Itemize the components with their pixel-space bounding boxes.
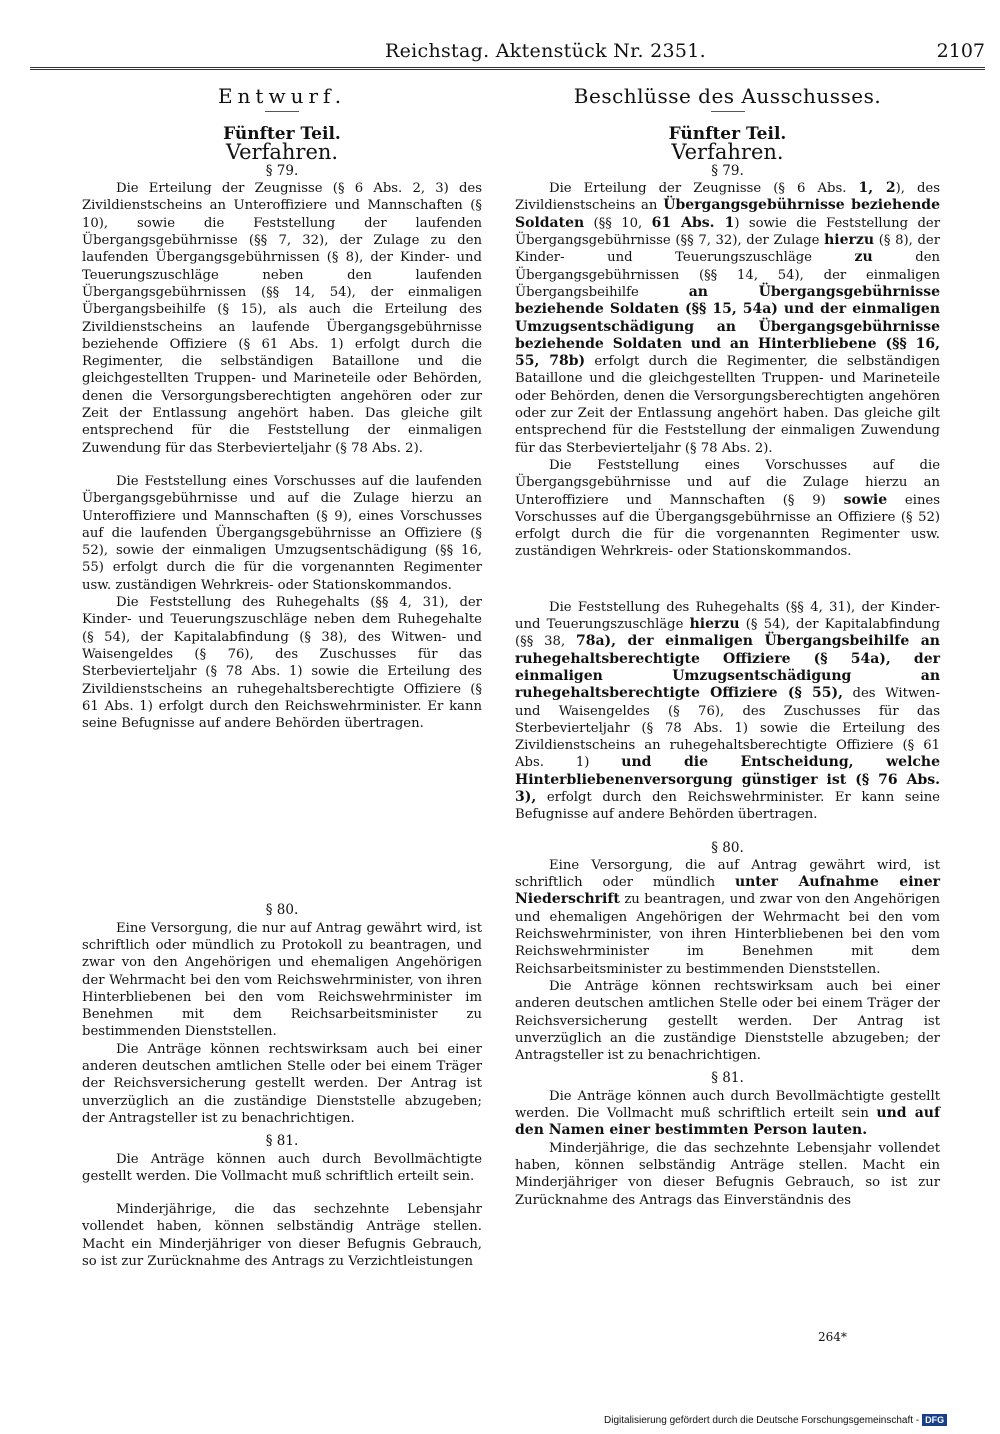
header-rule — [30, 67, 985, 70]
s81-para-1: Die Anträge können auch durch Bevollmäch… — [82, 1151, 482, 1186]
text-run: (§§ 10, — [584, 216, 651, 231]
column-committee: Beschlüsse des Ausschusses. Fünfter Teil… — [515, 88, 940, 1209]
credit-text: Digitalisierung gefördert durch die Deut… — [604, 1415, 919, 1426]
sheet-mark: 264* — [818, 1330, 847, 1344]
divider — [711, 111, 745, 112]
s80-para-1: Eine Versorgung, die nur auf Antrag gewä… — [82, 920, 482, 1041]
s79-para-1: Die Erteilung der Zeugnisse (§ 6 Abs. 1,… — [515, 180, 940, 457]
paragraph-number-81: § 81. — [82, 1133, 482, 1150]
paragraph-number-79: § 79. — [82, 163, 482, 180]
amended-text: zu — [855, 249, 873, 265]
s79-para-2: Die Feststellung eines Vorschusses auf d… — [515, 457, 940, 561]
s79-para-3: Die Feststellung des Ruhegehalts (§§ 4, … — [82, 594, 482, 732]
dfg-logo-icon: DFG — [922, 1414, 947, 1426]
s81-para-2: Minderjährige, die das sechzehnte Lebens… — [82, 1201, 482, 1270]
divider — [265, 111, 299, 112]
s79-para-3: Die Feststellung des Ruhegehalts (§§ 4, … — [515, 599, 940, 824]
s81-para-2: Minderjährige, die das sechzehnte Lebens… — [515, 1140, 940, 1209]
paragraph-number-80: § 80. — [82, 902, 482, 919]
s81-para-1: Die Anträge können auch durch Bevollmäch… — [515, 1088, 940, 1140]
paragraph-number-79: § 79. — [515, 163, 940, 180]
text-run: Die Erteilung der Zeugnisse (§ 6 Abs. — [549, 181, 858, 196]
column-draft: Entwurf. Fünfter Teil. Verfahren. § 79. … — [82, 88, 482, 1270]
section-title: Verfahren. — [515, 144, 940, 161]
s80-para-2: Die Anträge können rechtswirksam auch be… — [82, 1041, 482, 1127]
paragraph-number-81: § 81. — [515, 1070, 940, 1087]
s79-para-1: Die Erteilung der Zeugnisse (§ 6 Abs. 2,… — [82, 180, 482, 457]
page-number: 2107 — [937, 40, 985, 62]
s80-para-1: Eine Versorgung, die auf Antrag gewährt … — [515, 857, 940, 978]
amended-text: sowie — [844, 492, 888, 508]
amended-text: 61 Abs. 1 — [652, 215, 735, 231]
digitization-credit: Digitalisierung gefördert durch die Deut… — [604, 1414, 947, 1426]
amended-text: 1, 2 — [858, 180, 895, 196]
amended-text: hierzu — [690, 616, 740, 632]
text-run: erfolgt durch die Regimenter, die selbst… — [515, 354, 940, 455]
paragraph-number-80: § 80. — [515, 840, 940, 857]
section-title: Verfahren. — [82, 144, 482, 161]
column-heading-committee: Beschlüsse des Ausschusses. — [515, 88, 940, 105]
amended-text: hierzu — [824, 232, 874, 248]
s79-para-2: Die Feststellung eines Vorschusses auf d… — [82, 473, 482, 594]
column-heading-draft: Entwurf. — [82, 88, 482, 105]
running-title: Reichstag. Aktenstück Nr. 2351. — [385, 40, 706, 62]
text-run: erfolgt durch den Reichswehrminister. Er… — [515, 790, 940, 822]
s80-para-2: Die Anträge können rechtswirksam auch be… — [515, 978, 940, 1064]
